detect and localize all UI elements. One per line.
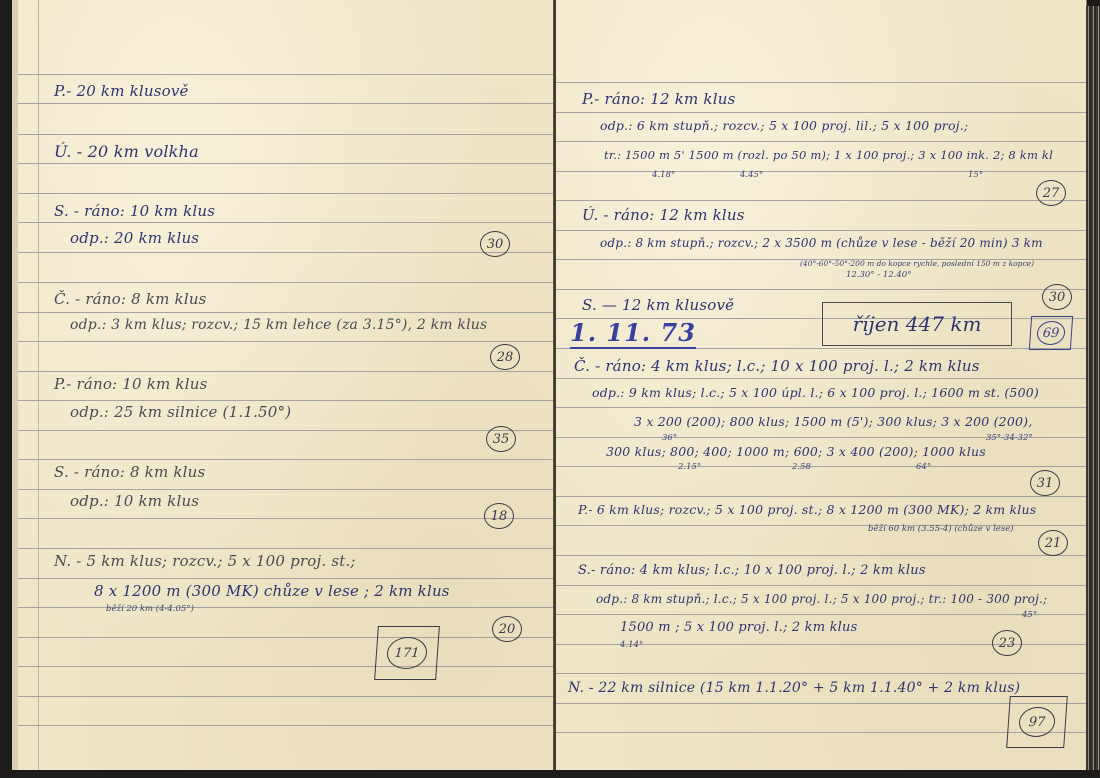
- daily-total: 21: [1038, 530, 1068, 556]
- ruled-line: [18, 400, 556, 401]
- ruled-line: [18, 163, 556, 164]
- week-total-box: 171: [374, 626, 440, 680]
- entry-line: S.- ráno: 4 km klus; l.c.; 10 x 100 proj…: [578, 563, 926, 578]
- ruled-line: [556, 703, 1086, 704]
- page-stack-edge: [1086, 6, 1100, 770]
- entry-line: N. - 5 km klus; rozcv.; 5 x 100 proj. st…: [54, 552, 356, 570]
- entry-line: S. — 12 km klusově: [582, 296, 734, 314]
- ruled-line: [556, 466, 1086, 467]
- date-heading: 1. 11. 73: [570, 318, 696, 349]
- entry-line: P.- ráno: 12 km klus: [582, 90, 735, 108]
- ruled-line: [18, 282, 556, 283]
- ruled-line: [556, 496, 1086, 497]
- ruled-line: [18, 74, 556, 75]
- ruled-line: [18, 103, 556, 104]
- ruled-line: [556, 230, 1086, 231]
- entry-line: odp.: 8 km stupň.; l.c.; 5 x 100 proj. l…: [596, 592, 1047, 606]
- entry-subline: 15°: [968, 170, 983, 180]
- entry-subline: 2.58: [792, 462, 811, 472]
- ruled-line: [556, 171, 1086, 172]
- ruled-line: [18, 430, 556, 431]
- entry-subline: 12.30° - 12.40°: [846, 270, 911, 280]
- ruled-line: [18, 134, 556, 135]
- entry-line: odp.: 20 km klus: [70, 229, 199, 247]
- entry-line: Ú. - 20 km volkha: [54, 142, 199, 161]
- left-page: P.- 20 km klusově Ú. - 20 km volkha S. -…: [12, 0, 556, 770]
- entry-line: Ú. - ráno: 12 km klus: [582, 206, 745, 224]
- ruled-line: [18, 578, 556, 579]
- entry-line: S. - ráno: 10 km klus: [54, 202, 215, 220]
- entry-subline: 4.14°: [620, 640, 643, 650]
- entry-line: S. - ráno: 8 km klus: [54, 463, 205, 481]
- entry-line: 300 klus; 800; 400; 1000 m; 600; 3 x 400…: [606, 444, 986, 459]
- ruled-line: [18, 725, 556, 726]
- ruled-line: [18, 607, 556, 608]
- entry-subline: 35°-34-32°: [986, 433, 1033, 443]
- entry-line: odp.: 6 km stupň.; rozcv.; 5 x 100 proj.…: [600, 118, 968, 133]
- entry-line: Č. - ráno: 8 km klus: [54, 290, 207, 308]
- entry-line: odp.: 9 km klus; l.c.; 5 x 100 úpl. l.; …: [592, 385, 1039, 400]
- entry-subline: (40°-60°-50°-200 m do kopce rychle, posl…: [800, 259, 1034, 268]
- right-page: P.- ráno: 12 km klus odp.: 6 km stupň.; …: [556, 0, 1087, 770]
- entry-line: tr.: 1500 m 5' 1500 m (rozl. po 50 m); 1…: [604, 148, 1053, 162]
- ruled-line: [18, 371, 556, 372]
- entry-line: 1500 m ; 5 x 100 proj. l.; 2 km klus: [620, 620, 857, 635]
- entry-line: N. - 22 km silnice (15 km 1.1.20° + 5 km…: [568, 680, 1020, 696]
- ruled-line: [18, 666, 556, 667]
- ruled-line: [556, 289, 1086, 290]
- margin-line: [38, 0, 39, 770]
- ruled-line: [18, 489, 556, 490]
- week-total-box: 97: [1006, 696, 1068, 748]
- ruled-line: [556, 112, 1086, 113]
- ruled-line: [18, 637, 556, 638]
- ruled-line: [556, 407, 1086, 408]
- ruled-line: [556, 614, 1086, 615]
- subtotal: 69: [1036, 321, 1066, 345]
- subtotal-box: 69: [1029, 316, 1073, 350]
- ruled-line: [18, 193, 556, 194]
- entry-subline: 4.45°: [740, 170, 763, 180]
- entry-line: odp.: 25 km silnice (1.1.50°): [70, 403, 291, 421]
- ruled-line: [556, 585, 1086, 586]
- week-total: 171: [386, 637, 428, 669]
- ruled-line: [556, 673, 1086, 674]
- entry-subline: 36°: [662, 433, 677, 443]
- entry-line: 3 x 200 (200); 800 klus; 1500 m (5'); 30…: [634, 414, 1032, 429]
- entry-subline: běží 20 km (4-4.05°): [106, 604, 194, 614]
- entry-line: odp.: 10 km klus: [70, 492, 199, 510]
- ruled-line: [18, 222, 556, 223]
- ruled-line: [556, 555, 1086, 556]
- daily-total: 35: [486, 426, 516, 452]
- ruled-line: [18, 696, 556, 697]
- daily-total: 28: [490, 344, 520, 370]
- ruled-line: [556, 141, 1086, 142]
- daily-total: 31: [1030, 470, 1060, 496]
- ruled-line: [556, 82, 1086, 83]
- notebook-spread: P.- 20 km klusově Ú. - 20 km volkha S. -…: [0, 0, 1100, 778]
- daily-total: 23: [992, 630, 1022, 656]
- entry-subline: 64°: [916, 462, 931, 472]
- daily-total: 27: [1036, 180, 1066, 206]
- entry-line: P.- 6 km klus; rozcv.; 5 x 100 proj. st.…: [578, 502, 1036, 517]
- entry-line: odp.: 3 km klus; rozcv.; 15 km lehce (za…: [70, 317, 487, 333]
- entry-line: 8 x 1200 m (300 MK) chůze v lese ; 2 km …: [94, 582, 450, 600]
- daily-total: 20: [492, 616, 522, 642]
- ruled-line: [18, 518, 556, 519]
- daily-total: 30: [480, 231, 510, 257]
- ruled-line: [18, 312, 556, 313]
- ruled-line: [556, 200, 1086, 201]
- entry-line: odp.: 8 km stupň.; rozcv.; 2 x 3500 m (c…: [600, 236, 1043, 250]
- week-total: 97: [1018, 707, 1056, 737]
- month-summary: říjen 447 km: [853, 312, 982, 336]
- daily-total: 18: [484, 503, 514, 529]
- ruled-line: [18, 341, 556, 342]
- entry-subline: 2.15°: [678, 462, 701, 472]
- month-summary-box: říjen 447 km: [822, 302, 1012, 346]
- ruled-line: [18, 548, 556, 549]
- daily-total: 30: [1042, 284, 1072, 310]
- entry-line: P.- 20 km klusově: [54, 82, 189, 100]
- entry-line: Č. - ráno: 4 km klus; l.c.; 10 x 100 pro…: [574, 357, 980, 375]
- entry-line: P.- ráno: 10 km klus: [54, 375, 207, 393]
- entry-subline: 45°: [1022, 610, 1037, 620]
- entry-subline: 4.18°: [652, 170, 675, 180]
- ruled-line: [556, 378, 1086, 379]
- entry-subline: běží 60 km (3.55-4) (chůze v lese): [868, 524, 1014, 534]
- ruled-line: [18, 459, 556, 460]
- ruled-line: [18, 252, 556, 253]
